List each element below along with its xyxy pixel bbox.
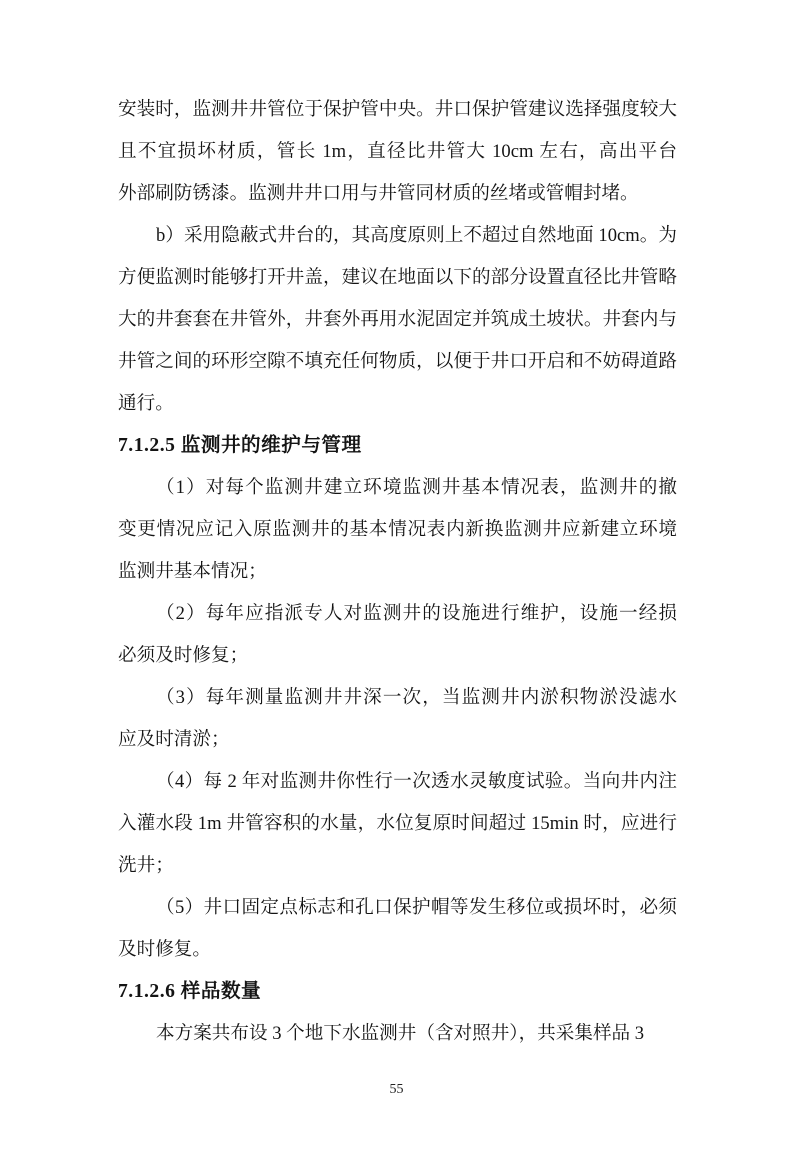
paragraph: b）采用隐蔽式井台的，其高度原则上不超过自然地面 10cm。为方便监测时能够打开… <box>118 215 677 425</box>
paragraph: （2）每年应指派专人对监测井的设施进行维护，设施一经损坏，必须及时修复； <box>118 593 677 677</box>
paragraph-line: （3）每年测量监测井井深一次，当监测井内淤积物淤没滤水管， <box>118 677 677 719</box>
paragraph: 本方案共布设 3 个地下水监测井（含对照井），共采集样品 3 个， <box>118 1013 677 1055</box>
paragraph-line: 且不宜损坏材质，管长 1m，直径比井管大 10cm 左右，高出平台 50cm， <box>118 131 677 173</box>
paragraph-line: 本方案共布设 3 个地下水监测井（含对照井），共采集样品 3 个， <box>118 1013 677 1055</box>
paragraph-line: 井管之间的环形空隙不填充任何物质，以便于井口开启和不妨碍道路 <box>118 341 677 383</box>
paragraph-line: 变更情况应记入原监测井的基本情况表内新换监测井应新建立环境 <box>118 509 677 551</box>
paragraph-line: （1）对每个监测井建立环境监测井基本情况表，监测井的撤销、 <box>118 467 677 509</box>
paragraph: （1）对每个监测井建立环境监测井基本情况表，监测井的撤销、变更情况应记入原监测井… <box>118 467 677 593</box>
paragraph-line: 方便监测时能够打开井盖，建议在地面以下的部分设置直径比井管略 <box>118 257 677 299</box>
document-body: 安装时，监测井井管位于保护管中央。井口保护管建议选择强度较大且不宜损坏材质，管长… <box>118 89 677 1055</box>
paragraph-line: 外部刷防锈漆。监测井井口用与井管同材质的丝堵或管帽封堵。 <box>118 173 677 215</box>
paragraph: 安装时，监测井井管位于保护管中央。井口保护管建议选择强度较大且不宜损坏材质，管长… <box>118 89 677 215</box>
section-heading: 7.1.2.6 样品数量 <box>118 971 677 1013</box>
paragraph-line: 洗井； <box>118 845 677 887</box>
paragraph: （3）每年测量监测井井深一次，当监测井内淤积物淤没滤水管，应及时清淤； <box>118 677 677 761</box>
paragraph-line: 监测井基本情况； <box>118 551 677 593</box>
paragraph-line: b）采用隐蔽式井台的，其高度原则上不超过自然地面 10cm。为 <box>118 215 677 257</box>
page-number: 55 <box>0 1080 793 1100</box>
paragraph-line: 通行。 <box>118 383 677 425</box>
paragraph-line: 入灌水段 1m 井管容积的水量，水位复原时间超过 15min 时，应进行 <box>118 803 677 845</box>
section-heading: 7.1.2.5 监测井的维护与管理 <box>118 425 677 467</box>
paragraph: （5）井口固定点标志和孔口保护帽等发生移位或损坏时，必须及时修复。 <box>118 887 677 971</box>
paragraph-line: 及时修复。 <box>118 929 677 971</box>
paragraph-line: 应及时清淤； <box>118 719 677 761</box>
paragraph: （4）每 2 年对监测井你性行一次透水灵敏度试验。当向井内注入灌水段 1m 井管… <box>118 761 677 887</box>
paragraph-line: （4）每 2 年对监测井你性行一次透水灵敏度试验。当向井内注 <box>118 761 677 803</box>
paragraph-line: （5）井口固定点标志和孔口保护帽等发生移位或损坏时，必须 <box>118 887 677 929</box>
paragraph-line: 大的井套套在井管外，井套外再用水泥固定并筑成土坡状。井套内与 <box>118 299 677 341</box>
paragraph-line: 必须及时修复； <box>118 635 677 677</box>
paragraph-line: 安装时，监测井井管位于保护管中央。井口保护管建议选择强度较大 <box>118 89 677 131</box>
paragraph-line: （2）每年应指派专人对监测井的设施进行维护，设施一经损坏， <box>118 593 677 635</box>
